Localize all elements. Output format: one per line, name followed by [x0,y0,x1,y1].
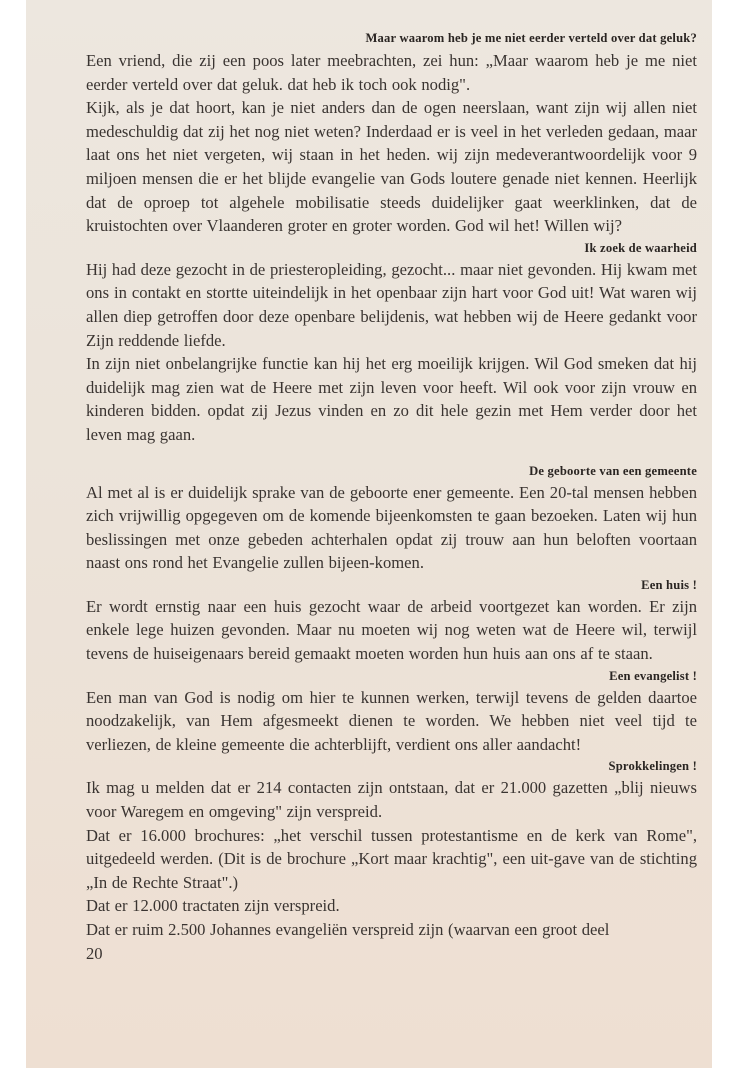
paragraph: In zijn niet onbelangrijke functie kan h… [86,352,697,446]
paragraph: Dat er 12.000 tractaten zijn verspreid. [86,894,697,918]
paragraph: Ik mag u melden dat er 214 contacten zij… [86,776,697,823]
page-number: 20 [86,942,697,966]
section-heading: Ik zoek de waarheid [86,238,697,258]
section-heading: De geboorte van een gemeente [86,461,697,481]
paragraph: Kijk, als je dat hoort, kan je niet ande… [86,96,697,238]
section-heading: Een huis ! [86,575,697,595]
document-page: Maar waarom heb je me niet eerder vertel… [26,0,712,1068]
paragraph: Hij had deze gezocht in de priesteroplei… [86,258,697,352]
paragraph: Een man van God is nodig om hier te kunn… [86,686,697,757]
section-heading: Sprokkelingen ! [86,756,697,776]
section-heading: Een evangelist ! [86,666,697,686]
paragraph: Al met al is er duidelijk sprake van de … [86,481,697,575]
paragraph: Dat er 16.000 brochures: „het verschil t… [86,824,697,895]
paragraph: Dat er ruim 2.500 Johannes evangeliën ve… [86,918,697,942]
paragraph: Er wordt ernstig naar een huis gezocht w… [86,595,697,666]
text-body: Maar waarom heb je me niet eerder vertel… [86,27,697,965]
section-heading: Maar waarom heb je me niet eerder vertel… [86,27,697,49]
paragraph: Een vriend, die zij een poos later meebr… [86,49,697,96]
